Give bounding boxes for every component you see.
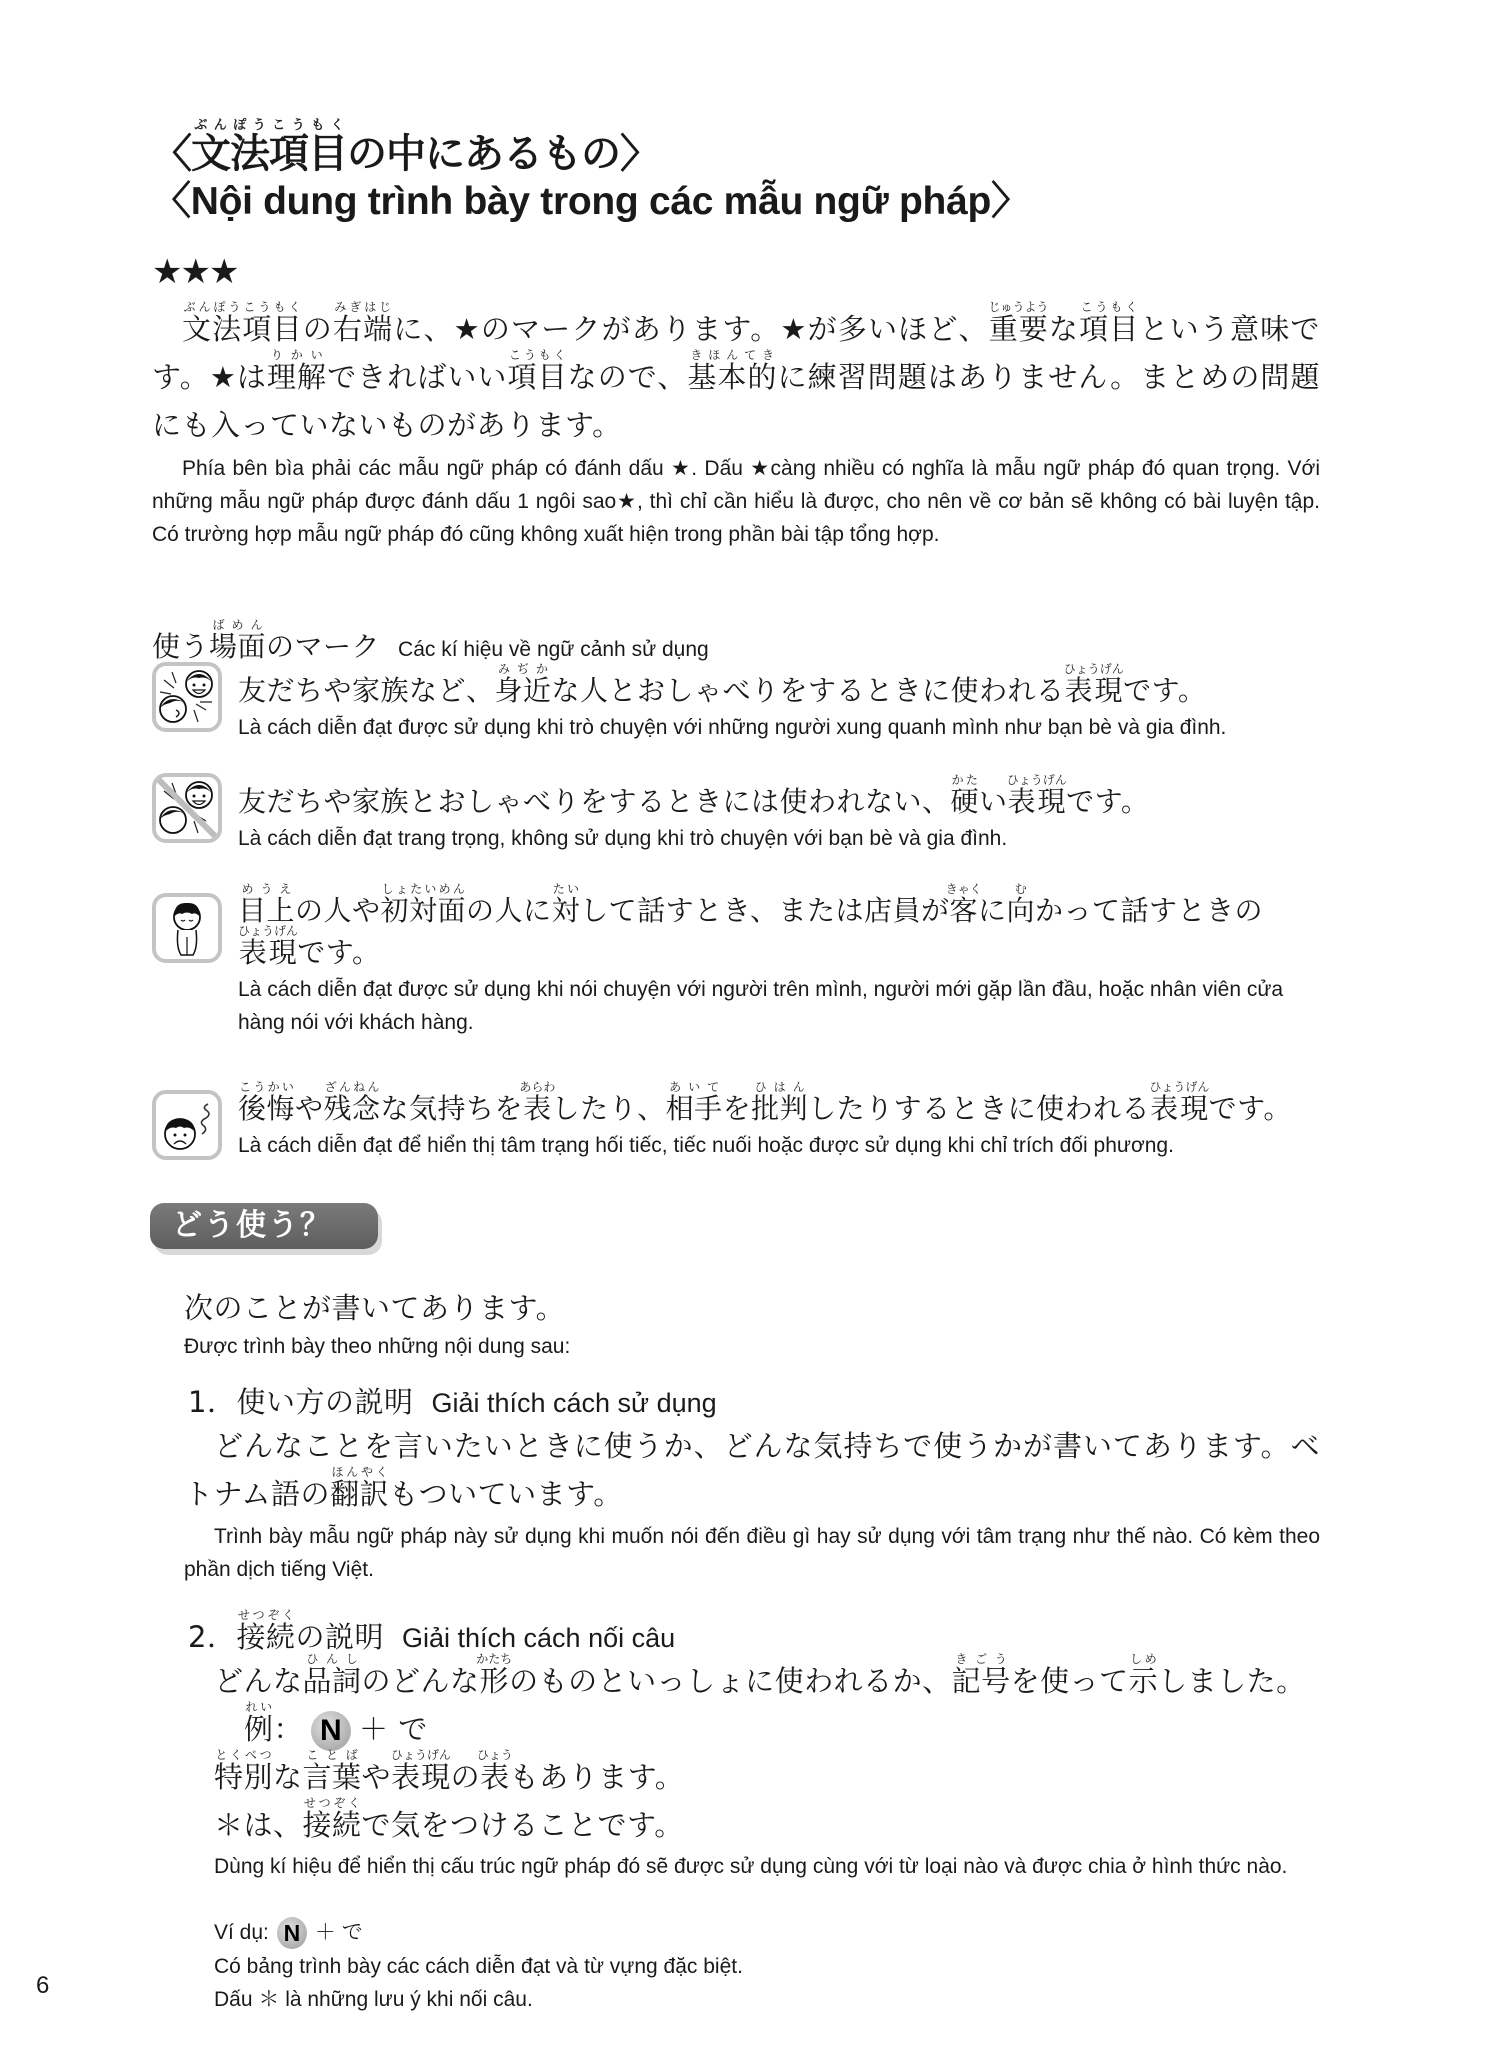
mark-4-vn: Là cách diễn đạt để hiển thị tâm trạng h… <box>238 1129 1322 1162</box>
noun-symbol-badge: N <box>311 1711 351 1751</box>
example-colon: ： <box>274 1712 304 1746</box>
furigana: ざんねん <box>324 1080 381 1094</box>
table-note-jp: 特別とくべつな言葉ことばや表現ひょうげんの表ひょうもあります。 <box>214 1748 684 1801</box>
furigana: みぎはじ <box>333 300 393 314</box>
furigana: しめ <box>1129 1652 1159 1666</box>
title-ruby: ぶんぽうこうもく <box>191 118 347 133</box>
marks-label-vn: Các kí hiệu về ngữ cảnh sử dụng <box>398 638 709 661</box>
ruby-word: 向む <box>1007 894 1036 927</box>
asterisk-note-vn: Dấu ＊ là những lưu ý khi nối câu. <box>214 1983 533 2016</box>
furigana: こうかい <box>238 1080 295 1094</box>
no-casual-chat-icon <box>152 773 222 843</box>
ruby-word: 相手あいて <box>666 1092 723 1125</box>
furigana: む <box>1007 882 1036 896</box>
ruby-word: 記号きごう <box>952 1664 1011 1698</box>
ruby-word: 重要じゅうよう <box>989 312 1049 346</box>
ruby-word: 目上めうえ <box>238 894 295 927</box>
furigana: ことば <box>303 1748 362 1762</box>
mark-3-jp: 目上めうえの人や初対面しょたいめんの人に対たいして話すとき、または店員が客きゃく… <box>238 882 1322 973</box>
mark-4-jp: 後悔こうかいや残念ざんねんな気持ちを表あらわしたり、相手あいてを批判ひはんしたり… <box>238 1080 1322 1129</box>
item-2-title-ruby: せつぞく <box>236 1608 295 1622</box>
item-1-title-vn: Giải thích cách sử dụng <box>431 1388 716 1418</box>
furigana: とくべつ <box>214 1748 273 1762</box>
ruby-word: 表あらわ <box>523 1092 552 1125</box>
ruby-word: 項目こうもく <box>508 360 568 394</box>
item-1-number: 1． <box>188 1385 236 1419</box>
item-2-body-jp: どんな品詞ひんしのどんな形かたちのものといっしょに使われるか、記号きごうを使って… <box>214 1652 1306 1705</box>
ruby-word: 表ひょう <box>480 1760 510 1794</box>
ruby-word: 右端みぎはじ <box>333 312 393 346</box>
furigana: ひょうげん <box>1007 773 1067 787</box>
importance-stars: ★★★ <box>152 252 237 292</box>
furigana: きゃく <box>946 882 982 896</box>
furigana: かた <box>951 773 980 787</box>
item-1-heading: 1．使い方の説明Giải thích cách sử dụng <box>188 1378 717 1426</box>
item-1-body-jp: どんなことを言いたいときに使うか、どんな気持ちで使うかが書いてあります。ベトナム… <box>184 1422 1320 1518</box>
furigana: こうもく <box>1079 300 1139 314</box>
example-label: 例 <box>244 1712 274 1746</box>
ruby-word: 項目こうもく <box>1079 312 1139 346</box>
regret-frown-icon <box>152 1090 222 1160</box>
furigana: ひはん <box>751 1080 808 1094</box>
furigana: あらわ <box>519 1080 555 1094</box>
asterisk-note-jp: ＊は、接続せつぞくで気をつけることです。 <box>214 1796 684 1849</box>
intro-jp: 文法項目ぶんぽうこうもくの右端みぎはじに、★のマークがあります。★が多いほど、重… <box>152 300 1320 449</box>
label-post: のマーク <box>266 630 380 663</box>
item-1-title-jp: 使い方の説明 <box>236 1385 413 1419</box>
furigana: あいて <box>666 1080 723 1094</box>
furigana: こうもく <box>508 348 568 362</box>
mark-3-vn: Là cách diễn đạt được sử dụng khi nói ch… <box>238 973 1322 1039</box>
page-title-vn: 〈Nội dung trình bày trong các mẫu ngữ ph… <box>152 170 1030 226</box>
item-2-title-vn: Giải thích cách nối câu <box>402 1623 675 1653</box>
mark-1-jp: 友だちや家族など、身近みぢかな人とおしゃべりをするときに使われる表現ひょうげんで… <box>238 662 1322 711</box>
ruby-word: 翻訳ほんやく <box>330 1477 389 1511</box>
example-vn: Ví dụ:N＋ で <box>214 1916 363 1949</box>
furigana: きごう <box>952 1652 1011 1666</box>
ruby-word: 示しめ <box>1129 1664 1159 1698</box>
furigana: みぢか <box>495 662 552 676</box>
ruby-word: 硬かた <box>951 785 980 818</box>
ruby-word: 表現ひょうげん <box>1065 674 1124 707</box>
ruby-word: 客きゃく <box>949 894 978 927</box>
mark-1-vn: Là cách diễn đạt được sử dụng khi trò ch… <box>238 711 1322 744</box>
ruby-word: 表現ひょうげん <box>1150 1092 1209 1125</box>
ruby-word: 後悔こうかい <box>238 1092 295 1125</box>
how-intro-jp: 次のことが書いてあります。 <box>184 1284 565 1332</box>
label-ruby: ばめん <box>209 618 266 632</box>
example-vn-rest: ＋ で <box>315 1921 363 1944</box>
example-vn-label: Ví dụ: <box>214 1921 269 1944</box>
furigana: きほんてき <box>687 348 777 362</box>
furigana: ひょうげん <box>238 924 298 938</box>
item-2-title-post: の説明 <box>295 1620 384 1654</box>
ruby-word: 理解りかい <box>267 360 327 394</box>
casual-chat-icon <box>152 662 222 732</box>
furigana: ぶんぽうこうもく <box>182 300 302 314</box>
ruby-word: 基本的きほんてき <box>687 360 777 394</box>
furigana: ひょう <box>477 1748 513 1762</box>
ruby-word: 批判ひはん <box>751 1092 808 1125</box>
noun-symbol-badge-small: N <box>277 1917 307 1949</box>
marks-label-jp: 使う場面ばめんのマーク <box>152 630 380 663</box>
ruby-word: 表現ひょうげん <box>391 1760 451 1794</box>
furigana: ひょうげん <box>1149 1080 1209 1094</box>
furigana: ひんし <box>303 1652 362 1666</box>
mark-item-polite: 目上めうえの人や初対面しょたいめんの人に対たいして話すとき、または店員が客きゃく… <box>152 882 1322 1039</box>
polite-bow-icon <box>152 893 222 963</box>
item-1-body-vn: Trình bày mẫu ngữ pháp này sử dụng khi m… <box>184 1520 1320 1586</box>
furigana: しょたいめん <box>381 882 467 896</box>
ruby-word: 初対面しょたいめん <box>381 894 467 927</box>
mark-2-jp: 友だちや家族とおしゃべりをするときには使われない、硬かたい表現ひょうげんです。 <box>238 773 1322 822</box>
furigana: じゅうよう <box>988 300 1048 314</box>
furigana: かたち <box>476 1652 512 1666</box>
ruby-word: 表現ひょうげん <box>1008 785 1067 818</box>
ruby-word: 特別とくべつ <box>214 1760 273 1794</box>
furigana: せつぞく <box>303 1796 362 1810</box>
label-pre: 使う <box>152 630 209 663</box>
furigana: たい <box>552 882 581 896</box>
example-jp: 例れい：N＋ で <box>244 1700 428 1753</box>
mark-item-formal: 友だちや家族とおしゃべりをするときには使われない、硬かたい表現ひょうげんです。 … <box>152 773 1322 855</box>
furigana: りかい <box>267 348 327 362</box>
page-number: 6 <box>36 1972 49 2000</box>
ruby-word: 身近みぢか <box>495 674 552 707</box>
ruby-word: 残念ざんねん <box>324 1092 381 1125</box>
ruby-word: 文法項目ぶんぽうこうもく <box>182 312 303 346</box>
ruby-word: 言葉ことば <box>303 1760 362 1794</box>
item-2-number: 2． <box>188 1620 236 1654</box>
ruby-word: 対たい <box>552 894 581 927</box>
example-ruby: れい <box>244 1700 274 1714</box>
ruby-word: 表現ひょうげん <box>238 936 297 969</box>
intro-vn: Phía bên bìa phải các mẫu ngữ pháp có đá… <box>152 452 1320 551</box>
table-note-vn: Có bảng trình bày các cách diễn đạt và t… <box>214 1950 743 1983</box>
item-2-body-vn: Dùng kí hiệu để hiển thị cấu trúc ngữ ph… <box>184 1850 1320 1883</box>
ruby-word: 品詞ひんし <box>303 1664 362 1698</box>
mark-item-regret: 後悔こうかいや残念ざんねんな気持ちを表あらわしたり、相手あいてを批判ひはんしたり… <box>152 1080 1322 1162</box>
ruby-word: 形かたち <box>480 1664 510 1698</box>
ruby-word: 接続せつぞく <box>303 1808 362 1842</box>
how-intro-vn: Được trình bày theo những nội dung sau: <box>184 1330 570 1363</box>
item-2-title-kanji: 接続 <box>236 1620 295 1654</box>
mark-item-casual: 友だちや家族など、身近みぢかな人とおしゃべりをするときに使われる表現ひょうげんで… <box>152 662 1322 744</box>
label-kanji: 場面 <box>209 630 266 663</box>
mark-2-vn: Là cách diễn đạt trang trọng, không sử d… <box>238 822 1322 855</box>
furigana: めうえ <box>238 882 295 896</box>
furigana: ほんやく <box>330 1465 389 1479</box>
furigana: ひょうげん <box>1064 662 1124 676</box>
example-rest: ＋ で <box>359 1712 428 1746</box>
how-to-use-badge: どう使う？ <box>150 1203 378 1249</box>
furigana: ひょうげん <box>391 1748 451 1762</box>
